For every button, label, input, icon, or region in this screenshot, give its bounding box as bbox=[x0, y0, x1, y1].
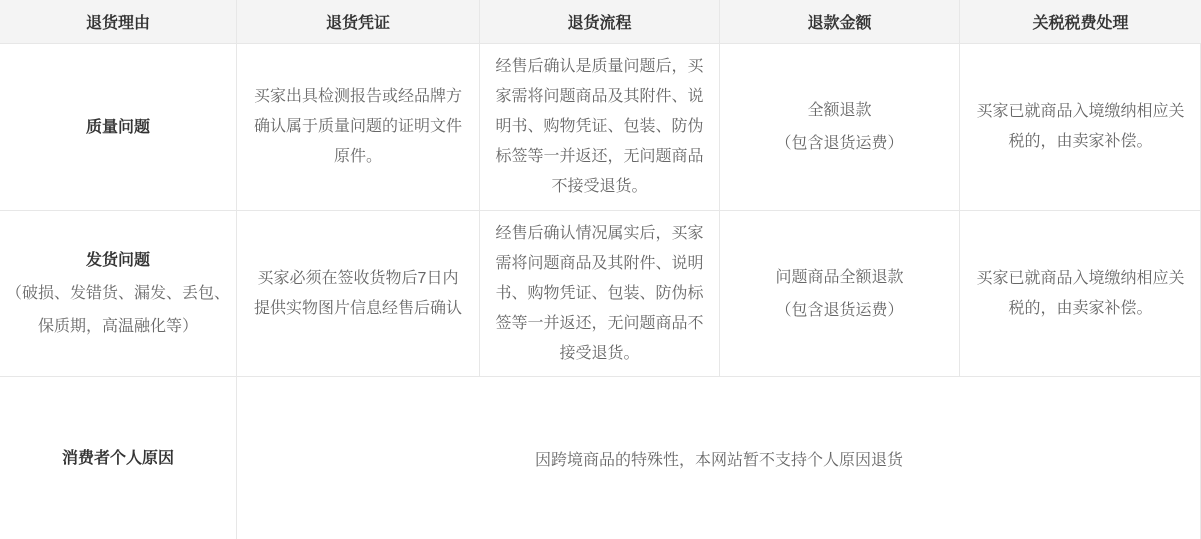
shipping-voucher-text: 买家必须在签收货物后7日内提供实物图片信息经售后确认 bbox=[252, 264, 464, 324]
quality-refund-note: （包含退货运费） bbox=[775, 127, 903, 160]
cell-quality-refund: 全额退款 （包含退货运费） bbox=[720, 44, 960, 211]
cell-shipping-tax: 买家已就商品入境缴纳相应关税的，由卖家补偿。 bbox=[960, 211, 1201, 377]
header-label-refund-amount: 退款金额 bbox=[807, 10, 871, 33]
cell-personal-merged-note: 因跨境商品的特殊性，本网站暂不支持个人原因退货 bbox=[237, 377, 1201, 539]
header-label-return-reason: 退货理由 bbox=[86, 10, 150, 33]
cell-personal-reason: 消费者个人原因 bbox=[0, 377, 237, 539]
cell-shipping-reason: 发货问题 （破损、发错货、漏发、丢包、保质期，高温融化等） bbox=[0, 211, 237, 377]
header-cell-return-voucher: 退货凭证 bbox=[237, 0, 480, 44]
cell-quality-reason: 质量问题 bbox=[0, 44, 237, 211]
shipping-tax-text: 买家已就商品入境缴纳相应关税的，由卖家补偿。 bbox=[975, 264, 1186, 324]
personal-reason-title: 消费者个人原因 bbox=[62, 442, 174, 475]
cell-quality-tax: 买家已就商品入境缴纳相应关税的，由卖家补偿。 bbox=[960, 44, 1201, 211]
cell-shipping-voucher: 买家必须在签收货物后7日内提供实物图片信息经售后确认 bbox=[237, 211, 480, 377]
header-cell-return-process: 退货流程 bbox=[480, 0, 720, 44]
shipping-reason-note: （破损、发错货、漏发、丢包、保质期，高温融化等） bbox=[6, 277, 230, 343]
header-cell-refund-amount: 退款金额 bbox=[720, 0, 960, 44]
shipping-refund-note: （包含退货运费） bbox=[775, 294, 903, 327]
header-label-return-voucher: 退货凭证 bbox=[326, 10, 390, 33]
header-cell-return-reason: 退货理由 bbox=[0, 0, 237, 44]
header-cell-tariff-handling: 关税税费处理 bbox=[960, 0, 1201, 44]
cell-quality-process: 经售后确认是质量问题后，买家需将问题商品及其附件、说明书、购物凭证、包装、防伪标… bbox=[480, 44, 720, 211]
quality-process-text: 经售后确认是质量问题后，买家需将问题商品及其附件、说明书、购物凭证、包装、防伪标… bbox=[495, 52, 704, 202]
header-label-tariff-handling: 关税税费处理 bbox=[1032, 10, 1128, 33]
quality-voucher-text: 买家出具检测报告或经品牌方确认属于质量问题的证明文件原件。 bbox=[252, 82, 464, 172]
quality-refund-main: 全额退款 bbox=[807, 94, 871, 127]
cell-shipping-refund: 问题商品全额退款 （包含退货运费） bbox=[720, 211, 960, 377]
shipping-reason-title: 发货问题 bbox=[86, 244, 150, 277]
personal-note-text: 因跨境商品的特殊性，本网站暂不支持个人原因退货 bbox=[535, 447, 903, 470]
header-label-return-process: 退货流程 bbox=[567, 10, 631, 33]
quality-reason-title: 质量问题 bbox=[86, 111, 150, 144]
quality-tax-text: 买家已就商品入境缴纳相应关税的，由卖家补偿。 bbox=[975, 97, 1186, 157]
cell-quality-voucher: 买家出具检测报告或经品牌方确认属于质量问题的证明文件原件。 bbox=[237, 44, 480, 211]
shipping-refund-main: 问题商品全额退款 bbox=[775, 261, 903, 294]
shipping-process-text: 经售后确认情况属实后，买家需将问题商品及其附件、说明书、购物凭证、包装、防伪标签… bbox=[495, 219, 704, 369]
return-policy-table: 退货理由 退货凭证 退货流程 退款金额 关税税费处理 质量问题 买家出具检测报告… bbox=[0, 0, 1201, 539]
cell-shipping-process: 经售后确认情况属实后，买家需将问题商品及其附件、说明书、购物凭证、包装、防伪标签… bbox=[480, 211, 720, 377]
